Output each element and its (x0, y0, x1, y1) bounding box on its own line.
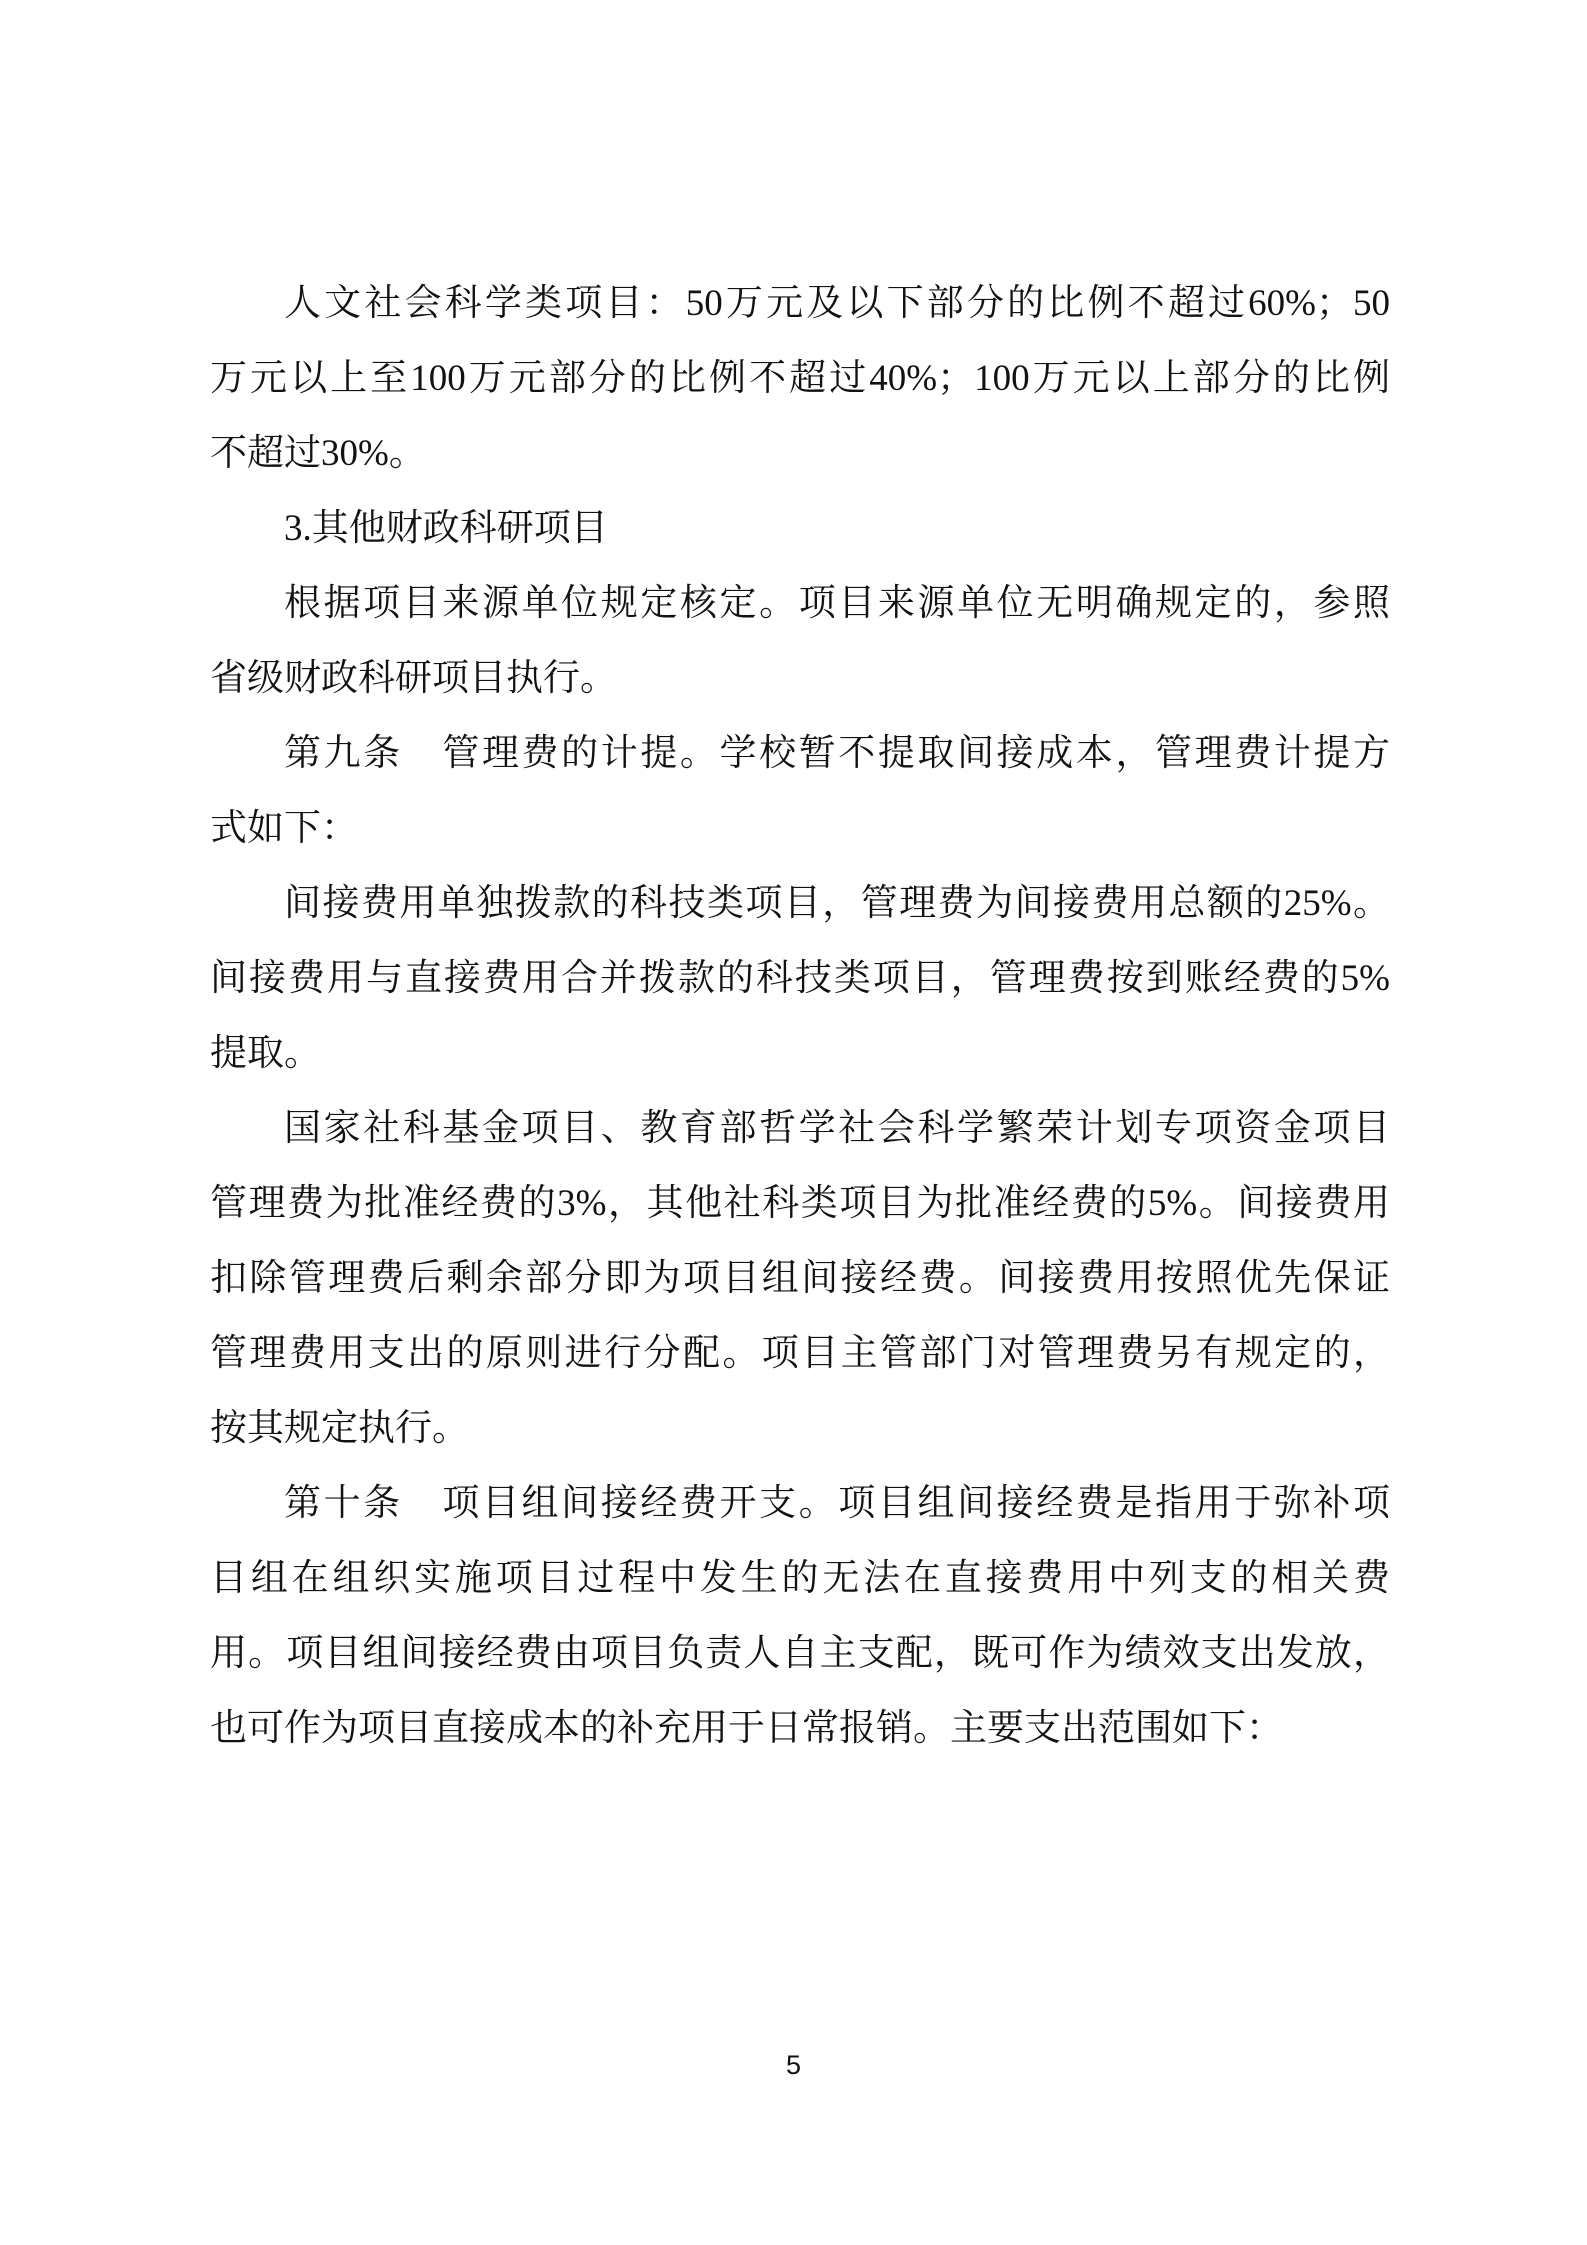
text-line: 间接费用单独拨款的科技类项目，管理费为间接费用总额的25%。 (210, 866, 1390, 941)
page-number: 5 (0, 2050, 1587, 2080)
text-line: 3.其他财政科研项目 (210, 491, 1390, 566)
document-body: 人文社会科学类项目：50万元及以下部分的比例不超过60%；50 万元以上至100… (210, 266, 1390, 1766)
text-line: 用。项目组间接经费由项目负责人自主支配，既可作为绩效支出发放， (210, 1616, 1390, 1691)
text-line: 扣除管理费后剩余部分即为项目组间接经费。间接费用按照优先保证 (210, 1241, 1390, 1316)
text-line: 根据项目来源单位规定核定。项目来源单位无明确规定的，参照 (210, 566, 1390, 641)
text-line: 管理费为批准经费的3%，其他社科类项目为批准经费的5%。间接费用 (210, 1166, 1390, 1241)
document-page: 人文社会科学类项目：50万元及以下部分的比例不超过60%；50 万元以上至100… (0, 0, 1587, 2245)
text-line: 目组在组织实施项目过程中发生的无法在直接费用中列支的相关费 (210, 1541, 1390, 1616)
text-line: 按其规定执行。 (210, 1391, 1390, 1466)
text-line: 第十条 项目组间接经费开支。项目组间接经费是指用于弥补项 (210, 1466, 1390, 1541)
text-line: 也可作为项目直接成本的补充用于日常报销。主要支出范围如下： (210, 1691, 1390, 1766)
text-line: 第九条 管理费的计提。学校暂不提取间接成本，管理费计提方 (210, 716, 1390, 791)
text-line: 不超过30%。 (210, 416, 1390, 491)
text-line: 省级财政科研项目执行。 (210, 641, 1390, 716)
text-line: 人文社会科学类项目：50万元及以下部分的比例不超过60%；50 (210, 266, 1390, 341)
text-line: 式如下： (210, 791, 1390, 866)
text-line: 提取。 (210, 1016, 1390, 1091)
text-line: 国家社科基金项目、教育部哲学社会科学繁荣计划专项资金项目 (210, 1091, 1390, 1166)
text-line: 万元以上至100万元部分的比例不超过40%；100万元以上部分的比例 (210, 341, 1390, 416)
text-line: 间接费用与直接费用合并拨款的科技类项目，管理费按到账经费的5% (210, 941, 1390, 1016)
text-line: 管理费用支出的原则进行分配。项目主管部门对管理费另有规定的， (210, 1316, 1390, 1391)
